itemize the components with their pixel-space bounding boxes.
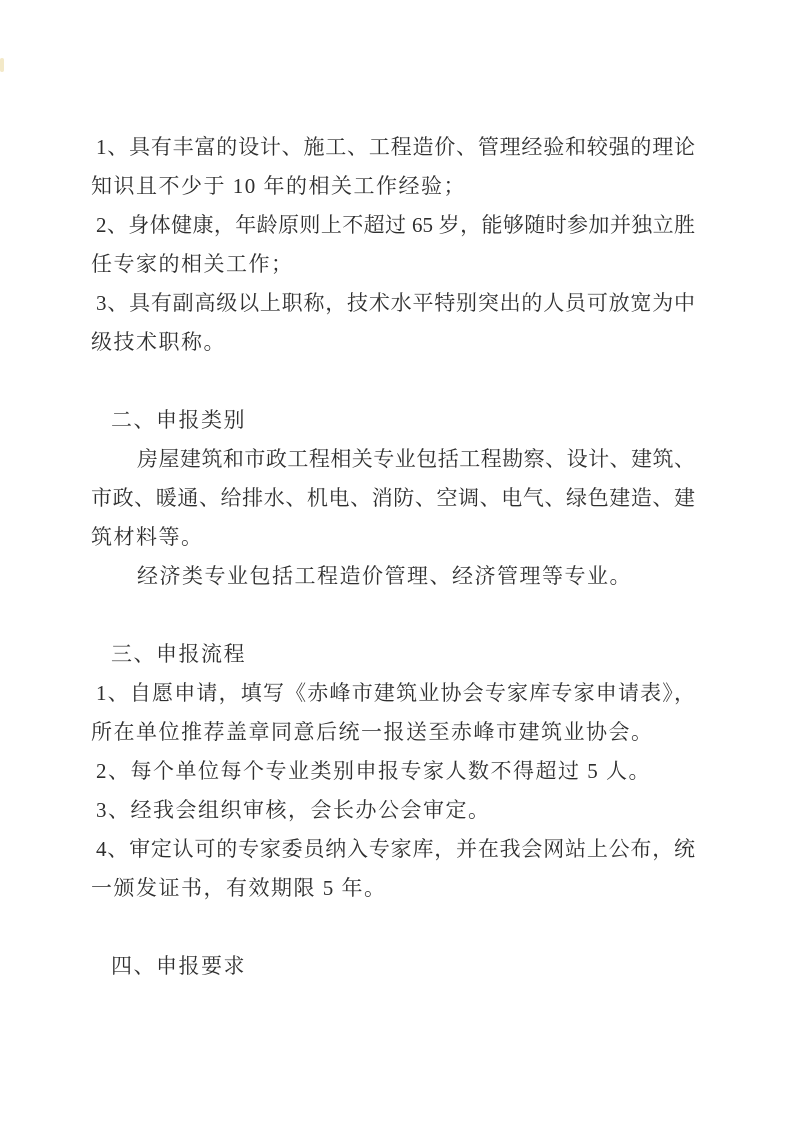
text-line: 级技术职称。: [91, 323, 695, 362]
text-line: 1、具有丰富的设计、施工、工程造价、管理经验和较强的理论: [91, 128, 695, 167]
blank-line: [91, 908, 695, 947]
text-line: 筑材料等。: [91, 518, 695, 557]
text-line: 3、具有副高级以上职称，技术水平特别突出的人员可放宽为中: [91, 284, 695, 323]
section-heading: 四、申报要求: [91, 947, 695, 986]
blank-line: [91, 362, 695, 401]
text-line: 一颁发证书，有效期限 5 年。: [91, 869, 695, 908]
text-line: 市政、暖通、给排水、机电、消防、空调、电气、绿色建造、建: [91, 479, 695, 518]
text-line: 知识且不少于 10 年的相关工作经验；: [91, 167, 695, 206]
document-page: 1、具有丰富的设计、施工、工程造价、管理经验和较强的理论知识且不少于 10 年的…: [0, 0, 800, 1130]
text-line: 2、每个单位每个专业类别申报专家人数不得超过 5 人。: [91, 752, 695, 791]
blank-line: [91, 596, 695, 635]
text-line: 房屋建筑和市政工程相关专业包括工程勘察、设计、建筑、: [91, 440, 695, 479]
text-line: 任专家的相关工作；: [91, 245, 695, 284]
section-heading: 三、申报流程: [91, 635, 695, 674]
text-line: 2、身体健康，年龄原则上不超过 65 岁，能够随时参加并独立胜: [91, 206, 695, 245]
text-line: 3、经我会组织审核，会长办公会审定。: [91, 791, 695, 830]
text-line: 所在单位推荐盖章同意后统一报送至赤峰市建筑业协会。: [91, 713, 695, 752]
scan-artifact: [0, 58, 4, 72]
text-line: 4、审定认可的专家委员纳入专家库，并在我会网站上公布，统: [91, 830, 695, 869]
section-heading: 二、申报类别: [91, 401, 695, 440]
text-line: 经济类专业包括工程造价管理、经济管理等专业。: [91, 557, 695, 596]
document-text: 1、具有丰富的设计、施工、工程造价、管理经验和较强的理论知识且不少于 10 年的…: [91, 128, 695, 986]
text-line: 1、自愿申请，填写《赤峰市建筑业协会专家库专家申请表》，: [91, 674, 695, 713]
